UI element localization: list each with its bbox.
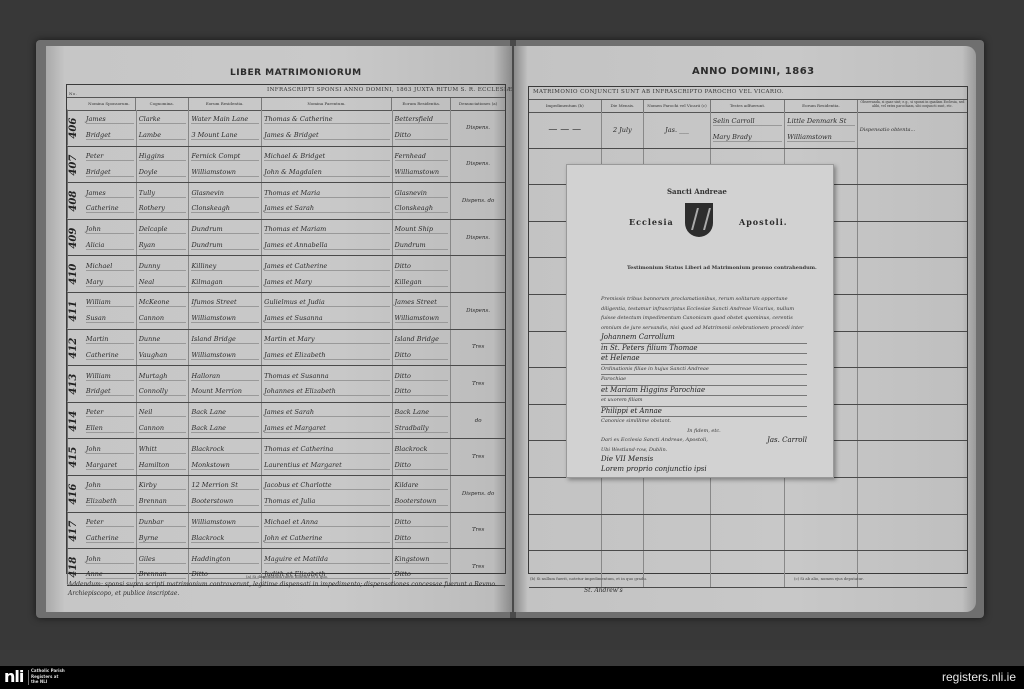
parents-residence-cell: BettersfieldDitto bbox=[393, 110, 452, 146]
groom-residence: Williamstown bbox=[191, 518, 259, 527]
parents-cell: Michael et AnnaJohn et Catherine bbox=[262, 513, 392, 549]
left-footnote: (a) Si dispensatum fuerit notetur, et a … bbox=[246, 574, 328, 579]
parents-cell: James et CatherineJames et Mary bbox=[262, 256, 392, 292]
groom-surname: Tully bbox=[139, 189, 187, 198]
parents-residence-cell: DittoDitto bbox=[393, 513, 452, 549]
bride-residence: Blackrock bbox=[191, 534, 259, 543]
groom-parents: James et Sarah bbox=[264, 408, 389, 417]
logo-caption: Catholic Parish Registers at the NLI bbox=[31, 668, 65, 685]
table-row: 416JohnElizabethKirbyBrennan12 Merrion S… bbox=[67, 476, 505, 513]
groom-residence: Back Lane bbox=[191, 408, 259, 417]
denunciation-cell: Tres bbox=[451, 330, 505, 366]
groom-residence: Ifumos Street bbox=[191, 298, 259, 307]
groom-parents: James et Catherine bbox=[264, 262, 389, 271]
entry-number: 409 bbox=[67, 220, 84, 256]
groom-surname: Dunbar bbox=[139, 518, 187, 527]
groom-name: Peter bbox=[86, 518, 134, 527]
groom-residence: Killiney bbox=[191, 262, 259, 271]
denunciation-cell: Dispens. bbox=[451, 110, 505, 146]
groom-name: Peter bbox=[86, 408, 134, 417]
bride-name: Mary bbox=[86, 278, 134, 287]
groom-parents-residence: Kildare bbox=[395, 481, 449, 490]
bride-parents-residence: Clonskeagh bbox=[395, 204, 449, 213]
table-row bbox=[529, 515, 967, 552]
groom-name: Peter bbox=[86, 152, 134, 161]
certificate-subtitle: Testimonium Status Liberi ad Matrimonium… bbox=[627, 265, 817, 271]
witness-residence-cell: Little Denmark St Williamstown bbox=[785, 112, 858, 148]
table-cell bbox=[711, 515, 785, 551]
table-row: 412MartinCatherineDunneVaughanIsland Bri… bbox=[67, 330, 505, 367]
entry-number: 416 bbox=[67, 476, 84, 512]
certificate-in-fidem: In fidem, etc. bbox=[601, 427, 807, 437]
surnames-cell: McKeoneCannon bbox=[137, 293, 190, 329]
names-cell: MichaelMary bbox=[84, 256, 137, 292]
column-header: Nomina Parentum. bbox=[262, 98, 393, 110]
bride-surname: Lambe bbox=[139, 131, 187, 140]
residence-cell: Back LaneBack Lane bbox=[189, 403, 262, 439]
groom-surname: Dunny bbox=[139, 262, 187, 271]
certificate-fill-line: in St. Peters filium Thomae bbox=[601, 344, 807, 355]
certificate-left-word: Ecclesia bbox=[629, 217, 674, 227]
witness-residence-2: Williamstown bbox=[787, 133, 855, 142]
bride-parents: Thomas et Julia bbox=[264, 497, 389, 506]
table-row: 417PeterCatherineDunbarByrneWilliamstown… bbox=[67, 513, 505, 550]
certificate-parish-line: Dari ex Ecclesia Sancti Andreae, Apostol… bbox=[601, 436, 711, 455]
names-cell: JamesCatherine bbox=[84, 183, 137, 219]
bride-parents-residence: Dundrum bbox=[395, 241, 449, 250]
bride-residence: Back Lane bbox=[191, 424, 259, 433]
groom-name: Michael bbox=[86, 262, 134, 271]
parents-cell: Thomas et CatherinaLaurentius et Margare… bbox=[262, 439, 392, 475]
entry-number: 408 bbox=[67, 183, 84, 219]
certificate-fill-line: Parochiae bbox=[601, 375, 807, 386]
residence-cell: Ifumos StreetWilliamstown bbox=[189, 293, 262, 329]
surnames-cell: NeilCannon bbox=[137, 403, 190, 439]
residence-cell: DundrumDundrum bbox=[189, 220, 262, 256]
parents-residence-cell: Mount ShipDundrum bbox=[393, 220, 452, 256]
bride-parents-residence: Ditto bbox=[395, 534, 449, 543]
bride-surname: Cannon bbox=[139, 424, 187, 433]
certificate-fill-line: Ordinationis filiae in hujus Sancti Andr… bbox=[601, 365, 807, 376]
table-cell bbox=[711, 478, 785, 514]
bride-name: Bridget bbox=[86, 168, 134, 177]
bride-residence: Williamstown bbox=[191, 168, 259, 177]
groom-name: James bbox=[86, 189, 134, 198]
table-row: 409JohnAliciaDelcapleRyanDundrumDundrumT… bbox=[67, 220, 505, 257]
groom-surname: McKeone bbox=[139, 298, 187, 307]
names-cell: PeterEllen bbox=[84, 403, 137, 439]
column-header: Eorum Residentia. bbox=[189, 98, 262, 110]
residence-cell: Water Main Lane3 Mount Lane bbox=[189, 110, 262, 146]
residence-cell: 12 Merrion StBooterstown bbox=[189, 476, 262, 512]
groom-residence: 12 Merrion St bbox=[191, 481, 259, 490]
witness-2: Mary Brady bbox=[713, 133, 782, 142]
certificate-fill-line: Philippi et Annae bbox=[601, 407, 807, 418]
impediment-cell: — — — bbox=[529, 112, 602, 148]
observations-cell: Dispensatio obtenta... bbox=[858, 112, 967, 148]
parents-residence-cell: James StreetWilliamstown bbox=[393, 293, 452, 329]
table-cell bbox=[858, 295, 967, 331]
column-header: Denunciationes (a) bbox=[451, 98, 505, 110]
logo-caption-line: Catholic Parish bbox=[31, 668, 65, 674]
bride-surname: Ryan bbox=[139, 241, 187, 250]
names-cell: PeterCatherine bbox=[84, 513, 137, 549]
bride-name: Elizabeth bbox=[86, 497, 134, 506]
bride-parents: James et Susanna bbox=[264, 314, 389, 323]
surnames-cell: WhittHamilton bbox=[137, 439, 190, 475]
groom-name: John bbox=[86, 555, 134, 564]
names-cell: WilliamSusan bbox=[84, 293, 137, 329]
denunciation-cell: Dispens. bbox=[451, 293, 505, 329]
denunciation-cell: Tres bbox=[451, 439, 505, 475]
bride-parents-residence: Ditto bbox=[395, 570, 449, 579]
table-row bbox=[529, 551, 967, 588]
witnesses-cell: Selin Carroll Mary Brady bbox=[711, 112, 785, 148]
groom-parents: Gulielmus et Judia bbox=[264, 298, 389, 307]
bride-residence: Williamstown bbox=[191, 314, 259, 323]
groom-parents-residence: Fernhead bbox=[395, 152, 449, 161]
table-cell bbox=[858, 551, 967, 587]
parents-residence-cell: BlackrockDitto bbox=[393, 439, 452, 475]
right-footnote-c: (c) Si ab alio, nomen ejus deputatur. bbox=[794, 576, 864, 581]
bride-name: Catherine bbox=[86, 204, 134, 213]
groom-parents-residence: Glasnevin bbox=[395, 189, 449, 198]
table-row: — — — 2 July Jas. ___ Selin Carroll Mary… bbox=[529, 112, 967, 149]
entry-number: 406 bbox=[67, 110, 84, 146]
groom-residence: Fernick Compt bbox=[191, 152, 259, 161]
left-page-title: LIBER MATRIMONIORUM bbox=[230, 68, 362, 78]
church-crest-icon bbox=[685, 203, 713, 237]
table-row: 411WilliamSusanMcKeoneCannonIfumos Stree… bbox=[67, 293, 505, 330]
certificate-fill-line: Johannem Carrollum bbox=[601, 333, 807, 344]
groom-parents: Thomas et Mariam bbox=[264, 225, 389, 234]
bride-parents: James et Sarah bbox=[264, 204, 389, 213]
groom-parents: Michael & Bridget bbox=[264, 152, 389, 161]
groom-residence: Dundrum bbox=[191, 225, 259, 234]
groom-residence: Island Bridge bbox=[191, 335, 259, 344]
names-cell: JohnElizabeth bbox=[84, 476, 137, 512]
residence-cell: HalloranMount Merrion bbox=[189, 366, 262, 402]
table-row: 414PeterEllenNeilCannonBack LaneBack Lan… bbox=[67, 403, 505, 440]
bride-name: Susan bbox=[86, 314, 134, 323]
bride-surname: Doyle bbox=[139, 168, 187, 177]
document-viewer[interactable]: LIBER MATRIMONIORUM INFRASCRIPTI SPONSI … bbox=[0, 0, 1024, 650]
groom-name: John bbox=[86, 225, 134, 234]
bride-parents: John & Magdalen bbox=[264, 168, 389, 177]
names-cell: JamesBridget bbox=[84, 110, 137, 146]
groom-surname: Murtagh bbox=[139, 372, 187, 381]
bride-parents: James & Bridget bbox=[264, 131, 389, 140]
table-cell bbox=[858, 368, 967, 404]
denunciation-cell: Dispens. bbox=[451, 147, 505, 183]
column-header: Eorum Residentia. bbox=[392, 98, 451, 110]
table-row: 408JamesCatherineTullyRotheryGlasnevinCl… bbox=[67, 183, 505, 220]
parents-cell: Thomas & CatherineJames & Bridget bbox=[262, 110, 392, 146]
bride-name: Bridget bbox=[86, 131, 134, 140]
bride-parents-residence: Ditto bbox=[395, 351, 449, 360]
groom-parents-residence: Bettersfield bbox=[395, 115, 449, 124]
groom-parents: Maguire et Matilda bbox=[264, 555, 389, 564]
groom-name: William bbox=[86, 298, 134, 307]
residence-cell: GlasnevinClonskeagh bbox=[189, 183, 262, 219]
surnames-cell: HigginsDoyle bbox=[137, 147, 190, 183]
groom-name: John bbox=[86, 445, 134, 454]
bride-residence: Dundrum bbox=[191, 241, 259, 250]
groom-parents-residence: Ditto bbox=[395, 518, 449, 527]
parents-residence-cell: DittoKillegan bbox=[393, 256, 452, 292]
day-cell: 2 July bbox=[602, 112, 645, 148]
table-cell bbox=[602, 478, 645, 514]
right-bottom-handnote: St. Andrew's bbox=[584, 586, 623, 595]
column-headers: Impedimentum (b) Die Mensis. Nomen Paroc… bbox=[529, 99, 967, 113]
parents-cell: Michael & BridgetJohn & Magdalen bbox=[262, 147, 392, 183]
priest-cell: Jas. ___ bbox=[644, 112, 711, 148]
surnames-cell: TullyRothery bbox=[137, 183, 190, 219]
bride-parents: John et Catherine bbox=[264, 534, 389, 543]
table-cell bbox=[858, 332, 967, 368]
parents-residence-cell: Back LaneStradbally bbox=[393, 403, 452, 439]
table-cell bbox=[858, 258, 967, 294]
denunciation-cell: do bbox=[451, 403, 505, 439]
register-rows: 406JamesBridgetClarkeLambeWater Main Lan… bbox=[67, 110, 505, 586]
groom-name: John bbox=[86, 481, 134, 490]
bride-name: Bridget bbox=[86, 387, 134, 396]
table-cell bbox=[711, 551, 785, 587]
table-cell bbox=[858, 405, 967, 441]
certificate-body-text: Premissis tribus bannorum proclamationib… bbox=[601, 295, 807, 333]
table-row: 407PeterBridgetHigginsDoyleFernick Compt… bbox=[67, 147, 505, 184]
parents-residence-cell: KildareBooterstown bbox=[393, 476, 452, 512]
surnames-cell: KirbyBrennan bbox=[137, 476, 190, 512]
bride-residence: 3 Mount Lane bbox=[191, 131, 259, 140]
certificate-right-word: Apostoli. bbox=[739, 217, 788, 227]
right-page: ANNO DOMINI, 1863 MATRIMONIO CONJUNCTI S… bbox=[514, 46, 976, 612]
groom-parents-residence: Back Lane bbox=[395, 408, 449, 417]
names-cell: JohnMargaret bbox=[84, 439, 137, 475]
entry-number: 413 bbox=[67, 366, 84, 402]
no-column-label: No. bbox=[69, 91, 77, 96]
groom-name: Martin bbox=[86, 335, 134, 344]
certificate-date-line: Die VII Mensis bbox=[601, 455, 807, 465]
bride-surname: Hamilton bbox=[139, 461, 187, 470]
bride-residence: Williamstown bbox=[191, 351, 259, 360]
surnames-cell: DunneVaughan bbox=[137, 330, 190, 366]
table-cell bbox=[644, 551, 711, 587]
certificate-signature: Jas. Carroll bbox=[767, 436, 807, 455]
bride-parents-residence: Ditto bbox=[395, 131, 449, 140]
column-header: Cognomina. bbox=[136, 98, 189, 110]
residence-cell: WilliamstownBlackrock bbox=[189, 513, 262, 549]
parents-cell: Martin et MaryJames et Elizabeth bbox=[262, 330, 392, 366]
entry-number: 410 bbox=[67, 256, 84, 292]
table-row: 410MichaelMaryDunnyNealKillineyKilmaganJ… bbox=[67, 256, 505, 293]
column-header: Impedimentum (b) bbox=[529, 100, 602, 112]
freedom-to-marry-certificate: Sancti Andreae Ecclesia Apostoli. Testim… bbox=[566, 164, 834, 478]
table-header-line: MATRIMONIO CONJUNCTI SUNT AB INFRASCRIPT… bbox=[533, 89, 784, 95]
table-cell bbox=[644, 515, 711, 551]
bride-surname: Brennan bbox=[139, 497, 187, 506]
groom-parents: Michael et Anna bbox=[264, 518, 389, 527]
certificate-fill-line: et Mariam Higgins Parochiae bbox=[601, 386, 807, 397]
parents-residence-cell: DittoDitto bbox=[393, 366, 452, 402]
groom-surname: Whitt bbox=[139, 445, 187, 454]
bride-surname: Cannon bbox=[139, 314, 187, 323]
bride-parents-residence: Williamstown bbox=[395, 168, 449, 177]
table-row: 406JamesBridgetClarkeLambeWater Main Lan… bbox=[67, 110, 505, 147]
groom-parents: Thomas et Susanna bbox=[264, 372, 389, 381]
table-cell bbox=[858, 149, 967, 185]
parents-cell: Thomas et MariaJames et Sarah bbox=[262, 183, 392, 219]
table-cell bbox=[785, 515, 858, 551]
table-cell bbox=[529, 478, 602, 514]
bride-name: Anne bbox=[86, 570, 134, 579]
denunciation-cell: Tres bbox=[451, 366, 505, 402]
nli-logo[interactable]: nli bbox=[4, 669, 23, 685]
groom-parents-residence: Blackrock bbox=[395, 445, 449, 454]
certificate-fill-line: et Helenae bbox=[601, 354, 807, 365]
certificate-arc-text: Sancti Andreae bbox=[667, 187, 727, 196]
groom-parents-residence: Island Bridge bbox=[395, 335, 449, 344]
groom-surname: Clarke bbox=[139, 115, 187, 124]
entry-number: 417 bbox=[67, 513, 84, 549]
groom-parents: Jacobus et Charlotte bbox=[264, 481, 389, 490]
witness-1: Selin Carroll bbox=[713, 117, 782, 126]
entry-number: 412 bbox=[67, 330, 84, 366]
residence-cell: BlackrockMonkstown bbox=[189, 439, 262, 475]
names-cell: PeterBridget bbox=[84, 147, 137, 183]
denunciation-cell bbox=[451, 256, 505, 292]
groom-surname: Neil bbox=[139, 408, 187, 417]
groom-surname: Giles bbox=[139, 555, 187, 564]
table-row: 413WilliamBridgetMurtaghConnollyHalloran… bbox=[67, 366, 505, 403]
surnames-cell: MurtaghConnolly bbox=[137, 366, 190, 402]
denunciation-cell: Dispens. bbox=[451, 220, 505, 256]
table-cell bbox=[858, 515, 967, 551]
bride-residence: Monkstown bbox=[191, 461, 259, 470]
groom-parents: Thomas et Catherina bbox=[264, 445, 389, 454]
groom-parents: Martin et Mary bbox=[264, 335, 389, 344]
bride-parents: James et Mary bbox=[264, 278, 389, 287]
groom-residence: Blackrock bbox=[191, 445, 259, 454]
bride-parents: James et Elizabeth bbox=[264, 351, 389, 360]
right-page-title: ANNO DOMINI, 1863 bbox=[692, 66, 815, 77]
residence-cell: KillineyKilmagan bbox=[189, 256, 262, 292]
bride-parents-residence: Ditto bbox=[395, 461, 449, 470]
groom-residence: Glasnevin bbox=[191, 189, 259, 198]
groom-residence: Haddington bbox=[191, 555, 259, 564]
entry-number: 407 bbox=[67, 147, 84, 183]
denunciation-cell: Tres bbox=[451, 513, 505, 549]
groom-parents-residence: Kingstown bbox=[395, 555, 449, 564]
bride-parents: James et Annabella bbox=[264, 241, 389, 250]
column-header: Eorum Residentia. bbox=[785, 100, 858, 112]
bride-parents-residence: Williamstown bbox=[395, 314, 449, 323]
groom-parents: Thomas & Catherine bbox=[264, 115, 389, 124]
groom-parents: Thomas et Maria bbox=[264, 189, 389, 198]
table-cell bbox=[858, 441, 967, 477]
surnames-cell: DelcapleRyan bbox=[137, 220, 190, 256]
register-book-scan: LIBER MATRIMONIORUM INFRASCRIPTI SPONSI … bbox=[36, 40, 984, 618]
bride-residence: Clonskeagh bbox=[191, 204, 259, 213]
surnames-cell: ClarkeLambe bbox=[137, 110, 190, 146]
surnames-cell: DunbarByrne bbox=[137, 513, 190, 549]
parents-cell: James et SarahJames et Margaret bbox=[262, 403, 392, 439]
bride-surname: Neal bbox=[139, 278, 187, 287]
certificate-fill-line: et uxorem filiam bbox=[601, 396, 807, 407]
groom-surname: Kirby bbox=[139, 481, 187, 490]
parents-cell: Jacobus et CharlotteThomas et Julia bbox=[262, 476, 392, 512]
bride-residence: Kilmagan bbox=[191, 278, 259, 287]
bride-parents: James et Margaret bbox=[264, 424, 389, 433]
denunciation-cell: Dispens. do bbox=[451, 183, 505, 219]
column-header: Nomen Parochi vel Vicarii (c) bbox=[644, 100, 711, 112]
groom-surname: Higgins bbox=[139, 152, 187, 161]
bride-surname: Vaughan bbox=[139, 351, 187, 360]
parents-residence-cell: FernheadWilliamstown bbox=[393, 147, 452, 183]
table-row: 415JohnMargaretWhittHamiltonBlackrockMon… bbox=[67, 439, 505, 476]
site-link[interactable]: registers.nli.ie bbox=[942, 670, 1016, 684]
table-cell bbox=[858, 478, 967, 514]
column-header: Testes adfuerunt. bbox=[711, 100, 785, 112]
table-header-line: INFRASCRIPTI SPONSI ANNO DOMINI, 1863 JU… bbox=[267, 87, 512, 93]
residence-cell: Fernick ComptWilliamstown bbox=[189, 147, 262, 183]
bride-parents: Laurentius et Margaret bbox=[264, 461, 389, 470]
groom-parents-residence: Ditto bbox=[395, 262, 449, 271]
bride-residence: Mount Merrion bbox=[191, 387, 259, 396]
groom-residence: Water Main Lane bbox=[191, 115, 259, 124]
surnames-cell: DunnyNeal bbox=[137, 256, 190, 292]
bride-name: Ellen bbox=[86, 424, 134, 433]
table-cell bbox=[785, 551, 858, 587]
certificate-bottom-note: Lorem proprio conjunctio ipsi bbox=[601, 465, 807, 475]
table-cell bbox=[529, 551, 602, 587]
left-page: LIBER MATRIMONIORUM INFRASCRIPTI SPONSI … bbox=[46, 46, 512, 612]
table-cell bbox=[858, 222, 967, 258]
bride-surname: Brennan bbox=[139, 570, 187, 579]
groom-surname: Delcaple bbox=[139, 225, 187, 234]
table-cell bbox=[602, 515, 645, 551]
table-cell bbox=[858, 185, 967, 221]
bride-name: Alicia bbox=[86, 241, 134, 250]
names-cell: WilliamBridget bbox=[84, 366, 137, 402]
entry-number: 415 bbox=[67, 439, 84, 475]
groom-parents-residence: James Street bbox=[395, 298, 449, 307]
parents-cell: Thomas et SusannaJohannes et Elizabeth bbox=[262, 366, 392, 402]
column-header: Die Mensis. bbox=[602, 100, 645, 112]
parents-residence-cell: Island BridgeDitto bbox=[393, 330, 452, 366]
witness-residence-1: Little Denmark St bbox=[787, 117, 855, 126]
parents-cell: Gulielmus et JudiaJames et Susanna bbox=[262, 293, 392, 329]
groom-parents-residence: Ditto bbox=[395, 372, 449, 381]
column-header: Nomina Sponsorum. bbox=[83, 98, 136, 110]
names-cell: JohnAlicia bbox=[84, 220, 137, 256]
table-cell bbox=[602, 551, 645, 587]
names-cell: MartinCatherine bbox=[84, 330, 137, 366]
bride-surname: Connolly bbox=[139, 387, 187, 396]
bride-parents-residence: Ditto bbox=[395, 387, 449, 396]
right-footnote-b: (b) Si nullum fuerit, notetur impediment… bbox=[530, 576, 647, 581]
residence-cell: Island BridgeWilliamstown bbox=[189, 330, 262, 366]
denunciation-cell: Dispens. do bbox=[451, 476, 505, 512]
bride-name: Catherine bbox=[86, 351, 134, 360]
entry-number: 411 bbox=[67, 293, 84, 329]
groom-name: William bbox=[86, 372, 134, 381]
table-cell bbox=[529, 515, 602, 551]
parents-residence-cell: GlasnevinClonskeagh bbox=[393, 183, 452, 219]
table-cell bbox=[785, 478, 858, 514]
marriage-register-table: INFRASCRIPTI SPONSI ANNO DOMINI, 1863 JU… bbox=[66, 84, 506, 574]
left-bottom-note: Addendum: sponsi supra scripti matrimoni… bbox=[68, 580, 508, 598]
